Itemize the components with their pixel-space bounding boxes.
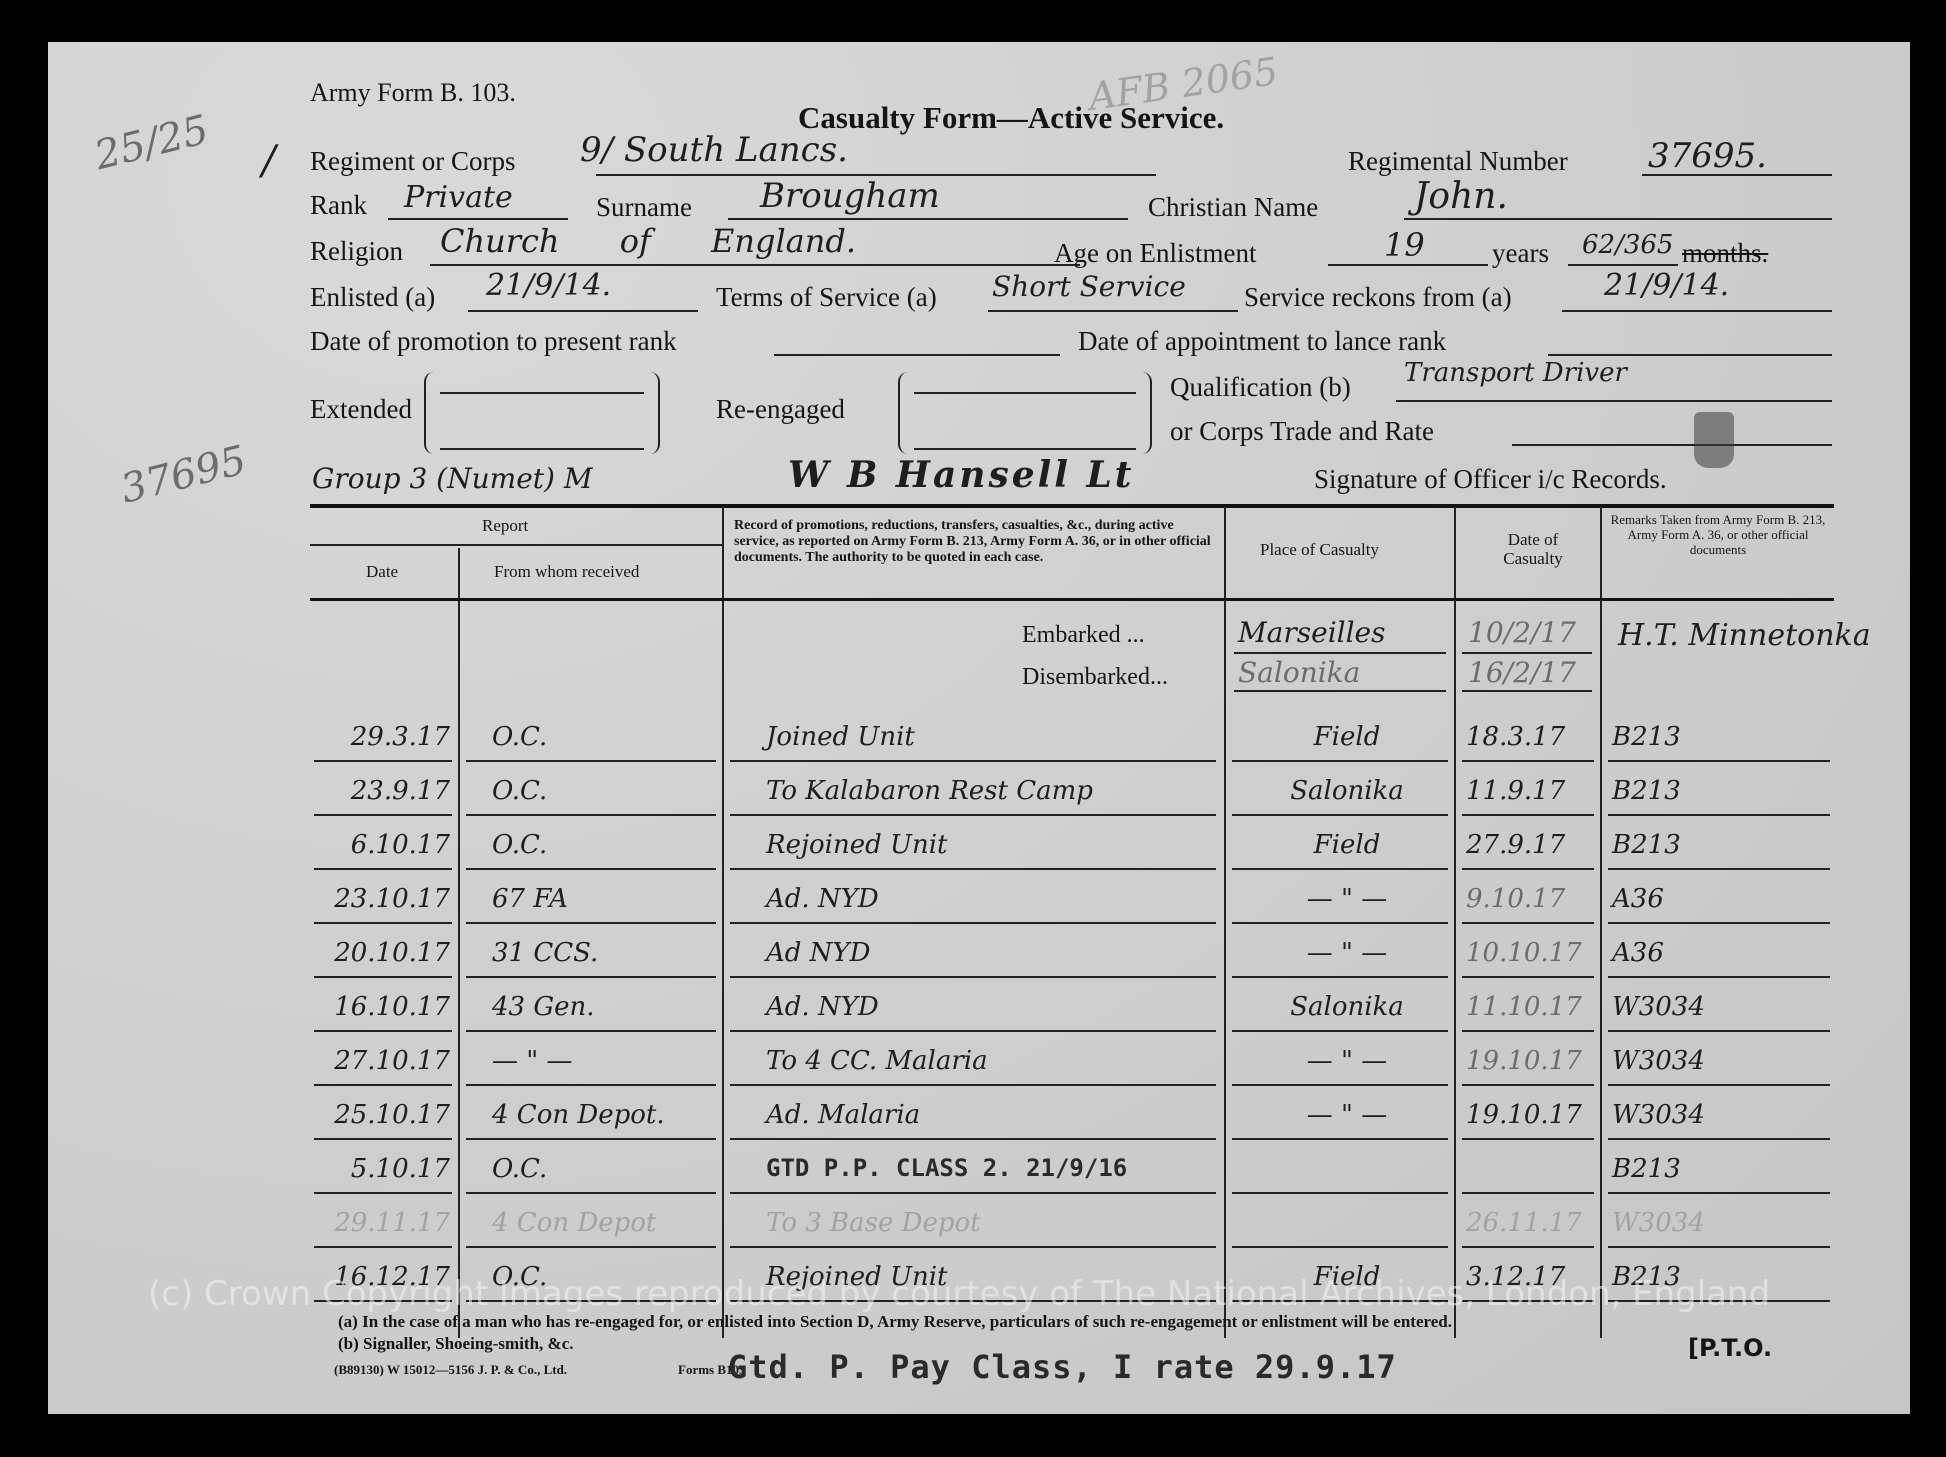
- enlisted-value[interactable]: 21/9/14.: [486, 268, 611, 303]
- cell-date: 27.10.17: [310, 1046, 450, 1076]
- age-label: Age on Enlistment: [1054, 238, 1256, 269]
- cell-date: 20.10.17: [310, 938, 450, 968]
- cell-from: 4 Con Depot.: [492, 1100, 714, 1130]
- cell-date-casualty: 18.3.17: [1466, 722, 1592, 752]
- header-place: Place of Casualty: [1260, 540, 1379, 560]
- cell-remarks: B213: [1612, 776, 1828, 806]
- cell-date-casualty: 27.9.17: [1466, 830, 1592, 860]
- disembarked-place: Salonika: [1238, 656, 1360, 689]
- cell-from: 4 Con Depot: [492, 1208, 714, 1238]
- cell-date: 23.9.17: [310, 776, 450, 806]
- cell-record: Ad. Malaria: [766, 1100, 1214, 1130]
- reckons-label: Service reckons from (a): [1244, 282, 1512, 313]
- disembarked-label: Disembarked...: [1022, 664, 1168, 691]
- trade-label: or Corps Trade and Rate: [1170, 416, 1434, 447]
- age-years-value[interactable]: 19: [1384, 226, 1425, 264]
- cell-date: 5.10.17: [310, 1154, 450, 1184]
- tick-mark: /: [262, 138, 275, 184]
- age-months-value[interactable]: 62/365: [1582, 230, 1673, 260]
- cell-place: Field: [1248, 830, 1446, 860]
- casualty-form-sheet: 25/25 37695 / Army Form B. 103. Casualty…: [48, 42, 1910, 1414]
- footnote-a: (a) In the case of a man who has re-enga…: [338, 1312, 1452, 1332]
- header-from-whom: From whom received: [494, 562, 639, 582]
- rank-value[interactable]: Private: [404, 180, 513, 215]
- age-years-unit: years: [1492, 238, 1549, 269]
- embarked-date: 10/2/17: [1468, 616, 1576, 649]
- ink-blot: [1694, 412, 1734, 468]
- cell-record: Ad. NYD: [766, 884, 1214, 914]
- footnote-b: (b) Signaller, Shoeing-smith, &c.: [338, 1334, 574, 1354]
- officer-signature: W B Hansell Lt: [788, 454, 1134, 496]
- cell-remarks: W3034: [1612, 1100, 1828, 1130]
- pay-class-stamp: Gtd. P. Pay Class, I rate 29.9.17: [728, 1348, 1397, 1386]
- header-report: Report: [482, 516, 528, 536]
- reengaged-field[interactable]: [898, 372, 1152, 454]
- surname-label: Surname: [596, 192, 692, 223]
- cell-date-casualty: 9.10.17: [1466, 884, 1592, 914]
- cell-remarks: A36: [1612, 938, 1828, 968]
- cell-remarks: B213: [1612, 830, 1828, 860]
- cell-from: 31 CCS.: [492, 938, 714, 968]
- terms-value[interactable]: Short Service: [992, 270, 1186, 303]
- signature-label: Signature of Officer i/c Records.: [1314, 464, 1667, 495]
- cell-place: Salonika: [1248, 776, 1446, 806]
- cell-record: To 3 Base Depot: [766, 1208, 1214, 1238]
- cell-date-casualty: 10.10.17: [1466, 938, 1592, 968]
- cell-date-casualty: 19.10.17: [1466, 1046, 1592, 1076]
- disembarked-date: 16/2/17: [1468, 656, 1576, 689]
- religion-label: Religion: [310, 236, 403, 267]
- cell-from: 67 FA: [492, 884, 714, 914]
- header-remarks: Remarks Taken from Army Form B. 213, Arm…: [1608, 512, 1828, 557]
- group-note: Group 3 (Numet) M: [312, 462, 593, 495]
- cell-from: O.C.: [492, 776, 714, 806]
- christian-name-label: Christian Name: [1148, 192, 1318, 223]
- cell-remarks: W3034: [1612, 1208, 1828, 1238]
- cell-record: Joined Unit: [766, 722, 1214, 752]
- extended-label: Extended: [310, 394, 412, 425]
- cell-from: O.C.: [492, 830, 714, 860]
- regimental-number-label: Regimental Number: [1348, 146, 1568, 177]
- header-date-casualty: Date of Casualty: [1488, 530, 1578, 568]
- embark-remarks: H.T. Minnetonka: [1618, 616, 1918, 656]
- cell-date: 29.11.17: [310, 1208, 450, 1238]
- rank-label: Rank: [310, 190, 367, 221]
- cell-record: To Kalabaron Rest Camp: [766, 776, 1214, 806]
- christian-name-value[interactable]: John.: [1414, 176, 1508, 217]
- qualification-value[interactable]: Transport Driver: [1404, 358, 1627, 388]
- cell-place: — " —: [1248, 1100, 1446, 1130]
- embarked-place: Marseilles: [1238, 616, 1386, 649]
- cell-date: 16.10.17: [310, 992, 450, 1022]
- copyright-watermark: (c) Crown Copyright Images reproduced by…: [148, 1274, 1770, 1314]
- cell-from: 43 Gen.: [492, 992, 714, 1022]
- regimental-number-value[interactable]: 37695.: [1648, 136, 1767, 176]
- cell-place: Salonika: [1248, 992, 1446, 1022]
- cell-from: — " —: [492, 1046, 714, 1076]
- enlisted-label: Enlisted (a): [310, 282, 435, 313]
- regiment-label: Regiment or Corps: [310, 146, 515, 177]
- regiment-value[interactable]: 9/ South Lancs.: [580, 130, 848, 170]
- cell-date: 6.10.17: [310, 830, 450, 860]
- cell-record: Rejoined Unit: [766, 830, 1214, 860]
- cell-date-casualty: 19.10.17: [1466, 1100, 1592, 1130]
- cell-record: GTD P.P. CLASS 2. 21/9/16: [766, 1154, 1214, 1182]
- cell-record: Ad. NYD: [766, 992, 1214, 1022]
- cell-record: Ad NYD: [766, 938, 1214, 968]
- promotion-label: Date of promotion to present rank: [310, 326, 677, 357]
- cell-date-casualty: 26.11.17: [1466, 1208, 1592, 1238]
- cell-remarks: B213: [1612, 722, 1828, 752]
- extended-field[interactable]: [424, 372, 660, 454]
- cell-place: Field: [1248, 722, 1446, 752]
- form-number: Army Form B. 103.: [310, 78, 516, 108]
- cell-place: — " —: [1248, 884, 1446, 914]
- cell-date: 25.10.17: [310, 1100, 450, 1130]
- terms-label: Terms of Service (a): [716, 282, 937, 313]
- header-date: Date: [366, 562, 398, 582]
- cell-place: — " —: [1248, 1046, 1446, 1076]
- cell-remarks: B213: [1612, 1154, 1828, 1184]
- cell-from: O.C.: [492, 1154, 714, 1184]
- cell-remarks: W3034: [1612, 992, 1828, 1022]
- cell-remarks: A36: [1612, 884, 1828, 914]
- header-record: Record of promotions, reductions, transf…: [734, 518, 1218, 566]
- margin-note-top: 25/25: [90, 107, 213, 180]
- cell-remarks: W3034: [1612, 1046, 1828, 1076]
- printer-imprint: (B89130) W 15012—5156 J. P. & Co., Ltd.: [334, 1362, 567, 1378]
- religion-value[interactable]: Church of England.: [440, 222, 856, 260]
- surname-value[interactable]: Brougham: [760, 176, 940, 216]
- cell-from: O.C.: [492, 722, 714, 752]
- margin-note-number: 37695: [116, 437, 251, 512]
- cell-date-casualty: 11.10.17: [1466, 992, 1592, 1022]
- age-months-unit: months.: [1682, 238, 1768, 269]
- lance-label: Date of appointment to lance rank: [1078, 326, 1446, 357]
- reckons-value[interactable]: 21/9/14.: [1604, 268, 1729, 303]
- cell-date: 23.10.17: [310, 884, 450, 914]
- cell-date-casualty: 11.9.17: [1466, 776, 1592, 806]
- cell-date: 29.3.17: [310, 722, 450, 752]
- embarked-label: Embarked ...: [1022, 622, 1145, 649]
- pto-label: [P.T.O.: [1688, 1334, 1772, 1362]
- qualification-label: Qualification (b): [1170, 372, 1351, 403]
- reengaged-label: Re-engaged: [716, 394, 845, 425]
- cell-record: To 4 CC. Malaria: [766, 1046, 1214, 1076]
- cell-place: — " —: [1248, 938, 1446, 968]
